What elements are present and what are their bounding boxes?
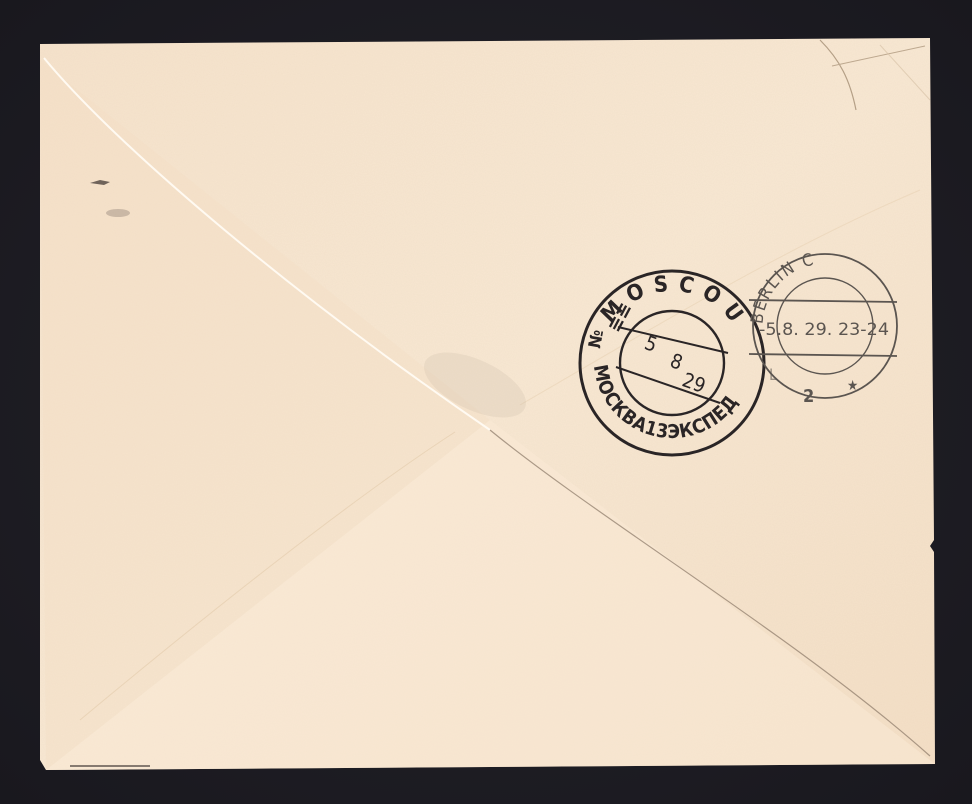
- moscow-postmark: MOSCOU ≡≡ МОСКВА13ЭКСПЕД № 5 8 29: [572, 263, 772, 463]
- berlin-number: 2: [803, 386, 814, 407]
- moscow-number-sign: №: [585, 328, 608, 350]
- berlin-postmark: BERLIN C -5.8. 29. 23-24 L 2 ★: [745, 240, 905, 412]
- berlin-date: -5.8. 29. 23-24: [759, 320, 889, 340]
- berlin-top-text: BERLIN C: [748, 249, 818, 324]
- svg-text:5: 5: [642, 330, 661, 356]
- svg-text:29: 29: [679, 368, 709, 398]
- star-icon: ★: [847, 378, 858, 394]
- svg-text:8: 8: [667, 348, 686, 374]
- berlin-letter: L: [769, 365, 777, 384]
